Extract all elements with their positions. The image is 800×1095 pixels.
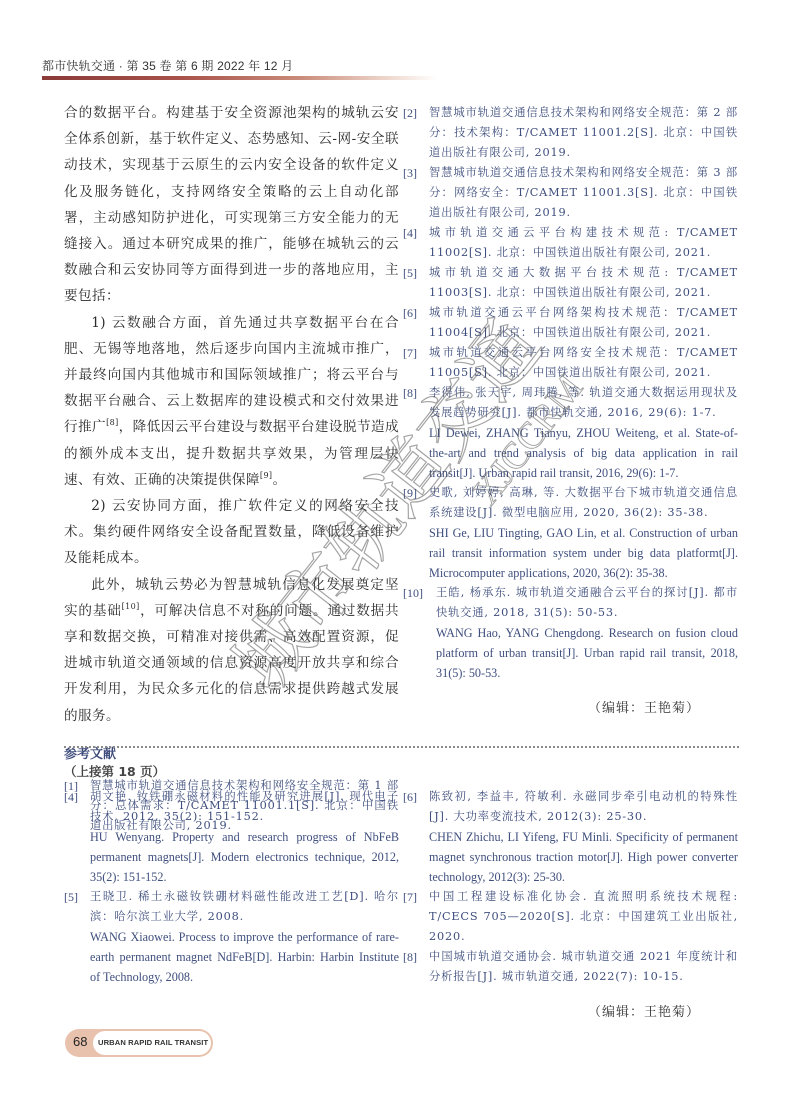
reference-number: [7] [403,343,429,383]
citation[interactable]: [8] [106,418,119,427]
continuation-left-column: [4] 胡文艳. 钕铁硼永磁材料的性能及研究进展[J]. 现代电子技术, 201… [64,787,399,987]
reference-item: [9] 史歌, 刘婷婷, 高琳, 等. 大数据平台下城市轨道交通信息系统建设[J… [403,483,738,583]
reference-cn: 城市轨道交通云平台网络架构技术规范：T/CAMET 11004[S]. 北京：中… [429,303,738,343]
reference-number: [3] [403,163,429,223]
reference-item: [7] 中国工程建设标准化协会. 直流照明系统技术规程: T/CECS 705—… [403,887,738,947]
continuation-right-column: [6] 陈致初, 李益丰, 符敏利. 永磁同步牵引电动机的特殊性[J]. 大功率… [403,787,738,1020]
citation[interactable]: [9] [260,471,273,480]
body-paragraph: 2) 云安协同方面，推广软件定义的网络安全技术。集约硬件网络安全设备配置数量，降… [64,493,399,572]
reference-item: [6] 城市轨道交通云平台网络架构技术规范：T/CAMET 11004[S]. … [403,303,738,343]
reference-item: [8] 中国城市轨道交通协会. 城市轨道交通 2021 年度统计和分析报告[J]… [403,947,738,987]
reference-cn: 城市轨道交通大数据平台技术规范: T/CAMET 11003[S]. 北京：中国… [429,263,738,303]
reference-item: [4] 胡文艳. 钕铁硼永磁材料的性能及研究进展[J]. 现代电子技术, 201… [64,787,399,887]
reference-number: [6] [403,787,429,887]
reference-number: [4] [403,223,429,263]
reference-en: LI Dewei, ZHANG Tianyu, ZHOU Weiteng, et… [429,423,738,483]
reference-cn: 王皓, 杨承东. 城市轨道交通融合云平台的探讨[J]. 都市快轨交通, 2018… [436,583,738,623]
reference-en: WANG Xiaowei. Process to improve the per… [90,927,399,987]
reference-en: HU Wenyang. Property and research progre… [90,827,399,887]
reference-number: [5] [403,263,429,303]
reference-item: [4] 城市轨道交通云平台构建技术规范: T/CAMET 11002[S]. 北… [403,223,738,263]
section-divider [64,746,739,748]
reference-item: [5] 城市轨道交通大数据平台技术规范: T/CAMET 11003[S]. 北… [403,263,738,303]
body-paragraph: 1) 云数融合方面，首先通过共享数据平台在合肥、无锡等地落地，然后逐步向国内主流… [64,310,399,493]
reference-item: [5] 王晓卫. 稀土永磁钕铁硼材料磁性能改进工艺[D]. 哈尔滨：哈尔滨工业大… [64,887,399,987]
reference-item: [8] 李得伟, 张天宇, 周玮腾, 等. 轨道交通大数据运用现状及发展趋势研究… [403,383,738,483]
reference-cn: 智慧城市轨道交通信息技术架构和网络安全规范：第 3 部分：网络安全：T/CAME… [429,163,738,223]
reference-cn: 史歌, 刘婷婷, 高琳, 等. 大数据平台下城市轨道交通信息系统建设[J]. 微… [429,483,738,523]
reference-number: [8] [403,383,429,483]
body-paragraph: 合的数据平台。构建基于安全资源池架构的城轨云安全体系创新，基于软件定义、态势感知… [64,100,399,310]
reference-item: [7] 城市轨道交通云平台网络安全技术规范：T/CAMET 11005[S]. … [403,343,738,383]
paragraph-text: ，可解决信息不对称的问题。通过数据共享和数据交换，可精准对接供需、高效配置资源，… [64,603,399,724]
reference-cn: 李得伟, 张天宇, 周玮腾, 等. 轨道交通大数据运用现状及发展趋势研究[J].… [429,383,738,423]
reference-item: [6] 陈致初, 李益丰, 符敏利. 永磁同步牵引电动机的特殊性[J]. 大功率… [403,787,738,887]
reference-item: [10] 王皓, 杨承东. 城市轨道交通融合云平台的探讨[J]. 都市快轨交通,… [403,583,738,683]
journal-name: URBAN RAPID RAIL TRANSIT [93,1031,211,1055]
reference-cn: 中国城市轨道交通协会. 城市轨道交通 2021 年度统计和分析报告[J]. 城市… [429,947,738,987]
paragraph-text: ，降低因云平台建设与数据平台建设脱节造成的额外成本支出，提升数据共享效果，为管理… [64,419,399,487]
reference-cn: 城市轨道交通云平台构建技术规范: T/CAMET 11002[S]. 北京：中国… [429,223,738,263]
reference-en: SHI Ge, LIU Tingting, GAO Lin, et al. Co… [429,523,738,583]
reference-en: CHEN Zhichu, LI Yifeng, FU Minli. Specif… [429,827,738,887]
reference-cn: 王晓卫. 稀土永磁钕铁硼材料磁性能改进工艺[D]. 哈尔滨：哈尔滨工业大学, 2… [90,887,399,927]
reference-number: [4] [64,787,90,887]
reference-cn: 城市轨道交通云平台网络安全技术规范：T/CAMET 11005[S]. 北京：中… [429,343,738,383]
reference-number: [5] [64,887,90,987]
reference-number: [9] [403,483,429,583]
reference-item: [2] 智慧城市轨道交通信息技术架构和网络安全规范：第 2 部分：技术架构：T/… [403,103,738,163]
header-rule [42,76,437,80]
right-column: [2] 智慧城市轨道交通信息技术架构和网络安全规范：第 2 部分：技术架构：T/… [403,103,738,716]
editor-credit: （编辑：王艳菊） [403,697,738,716]
reference-number: [8] [403,947,429,987]
page-number: 68 [73,1034,87,1049]
reference-number: [2] [403,103,429,163]
reference-cn: 胡文艳. 钕铁硼永磁材料的性能及研究进展[J]. 现代电子技术, 2012, 3… [90,787,399,827]
reference-cn: 中国工程建设标准化协会. 直流照明系统技术规程: T/CECS 705—2020… [429,887,738,947]
editor-credit: （编辑：王艳菊） [403,1001,738,1020]
reference-number: [7] [403,887,429,947]
reference-item: [3] 智慧城市轨道交通信息技术架构和网络安全规范：第 3 部分：网络安全：T/… [403,163,738,223]
reference-cn: 智慧城市轨道交通信息技术架构和网络安全规范：第 2 部分：技术架构：T/CAME… [429,103,738,163]
reference-number: [6] [403,303,429,343]
reference-en: WANG Hao, YANG Chengdong. Research on fu… [436,623,738,683]
continued-from-label: （上接第 18 页） [64,762,165,780]
page-footer-badge: 68 URBAN RAPID RAIL TRANSIT [65,1029,213,1057]
reference-cn: 陈致初, 李益丰, 符敏利. 永磁同步牵引电动机的特殊性[J]. 大功率变流技术… [429,787,738,827]
reference-number: [10] [403,583,436,683]
running-head: 都市快轨交通 · 第 35 卷 第 6 期 2022 年 12 月 [42,57,293,74]
body-paragraph: 此外，城轨云势必为智慧城轨信息化发展奠定坚实的基础[10]，可解决信息不对称的问… [64,572,399,729]
left-column: 合的数据平台。构建基于安全资源池架构的城轨云安全体系创新，基于软件定义、态势感知… [64,100,399,836]
paragraph-text: 。 [272,472,286,488]
citation[interactable]: [10] [122,602,140,611]
